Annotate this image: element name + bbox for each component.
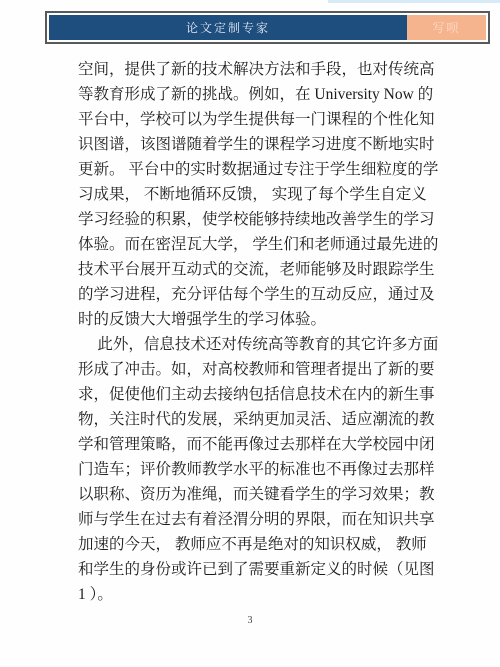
text-line: 物，关注时代的发展，采纳更加灵活、适应潮流的教: [78, 407, 448, 432]
text-line: 求，促使他们主动去接纳包括信息技术在内的新生事: [78, 382, 448, 407]
text-line: 时的反馈大大增强学生的学习体验。: [78, 307, 448, 332]
text-line: 习成果， 不断地循环反馈， 实现了每个学生自定义: [78, 182, 448, 207]
text-line: 学习经验的积累，使学校能够持续地改善学生的学习: [78, 207, 448, 232]
text-line: 形成了冲击。如，对高校教师和管理者提出了新的要: [78, 357, 448, 382]
text-line: 师与学生在过去有着泾渭分明的界限，而在知识共享: [78, 507, 448, 532]
text-line: 等教育形成了新的挑战。例如，在 University Now 的: [78, 82, 448, 107]
text-line: 体验。而在密涅瓦大学， 学生们和老师通过最先进的: [78, 232, 448, 257]
write-button-label: 写呗: [432, 19, 460, 36]
paragraph: 此外，信息技术还对传统高等教育的其它许多方面形成了冲击。如，对高校教师和管理者提…: [78, 332, 448, 607]
text-line: 此外，信息技术还对传统高等教育的其它许多方面: [78, 332, 448, 357]
top-accent-line: [328, 0, 500, 3]
text-line: 识图谱，该图谱随着学生的课程学习进度不断地实时: [78, 132, 448, 157]
text-line: 门造车；评价教师教学水平的标准也不再像过去那样: [78, 457, 448, 482]
text-line: 技术平台展开互动式的交流，老师能够及时跟踪学生: [78, 257, 448, 282]
text-line: 平台中，学校可以为学生提供每一门课程的个性化知: [78, 107, 448, 132]
text-line: 1 ）。: [78, 582, 448, 607]
header-title-bar: 论文定制专家: [49, 15, 407, 40]
write-button[interactable]: 写呗: [407, 15, 486, 40]
paragraph: 空间，提供了新的技术解决方法和手段，也对传统高等教育形成了新的挑战。例如，在 U…: [78, 57, 448, 332]
text-line: 以职称、资历为准绳，而关键看学生的学习效果；教: [78, 482, 448, 507]
text-line: 学和管理策略，而不能再像过去那样在大学校园中闭: [78, 432, 448, 457]
header-banner: 论文定制专家 写呗: [45, 11, 490, 44]
site-title: 论文定制专家: [186, 19, 270, 36]
text-line: 的学习进程，充分评估每个学生的互动反应，通过及: [78, 282, 448, 307]
page-number: 3: [0, 615, 500, 626]
text-line: 和学生的身份或许已到了需要重新定义的时候（见图: [78, 557, 448, 582]
text-line: 更新。 平台中的实时数据通过专注于学生细粒度的学: [78, 157, 448, 182]
document-body: 空间，提供了新的技术解决方法和手段，也对传统高等教育形成了新的挑战。例如，在 U…: [78, 57, 448, 607]
text-line: 空间，提供了新的技术解决方法和手段，也对传统高: [78, 57, 448, 82]
text-line: 加速的今天， 教师应不再是绝对的知识权威， 教师: [78, 532, 448, 557]
